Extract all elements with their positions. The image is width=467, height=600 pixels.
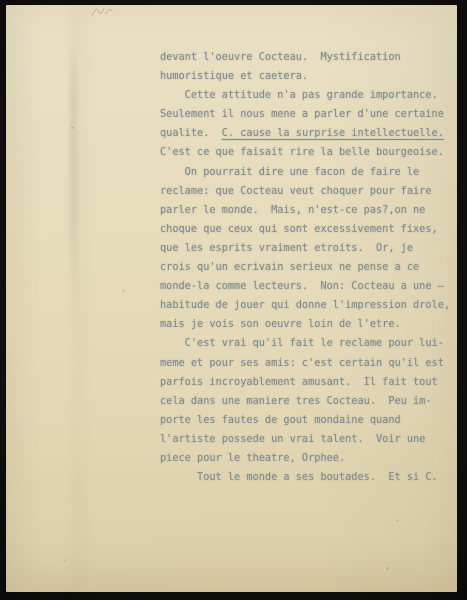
typed-line: l'artiste possede un vrai talent. Voir u…: [160, 430, 456, 449]
typed-line: piece pour le theatre, Orphee.: [160, 449, 456, 468]
typed-segment: meme et pour ses amis: c'est certain qu'…: [160, 357, 444, 369]
typed-segment: habitude de jouer qui donne l'impression…: [160, 299, 450, 311]
typed-segment: que les esprits vraiment etroits. Or, je: [160, 242, 413, 254]
typed-segment: Tout le monde a ses boutades. Et si C.: [160, 471, 438, 483]
typed-segment: Cette attitude n'a pas grande importance…: [160, 89, 438, 101]
typed-segment: piece pour le theatre, Orphee.: [160, 452, 345, 464]
typed-line: On pourrait dire une facon de faire le: [160, 163, 456, 182]
typed-segment: crois qu'un ecrivain serieux ne pense a …: [160, 261, 419, 273]
paper-crease: [70, 33, 77, 313]
typed-segment: devant l'oeuvre Cocteau. Mystification: [160, 51, 401, 63]
typed-segment: l'artiste possede un vrai talent. Voir u…: [160, 433, 425, 445]
typed-segment: monde-la comme lecteurs. Non: Cocteau a …: [160, 280, 444, 292]
typed-text: devant l'oeuvre Cocteau. Mystificationhu…: [160, 48, 456, 487]
typed-segment: C'est vrai qu'il fait le reclame pour lu…: [160, 337, 444, 349]
typed-line: habitude de jouer qui donne l'impression…: [160, 296, 456, 315]
typed-segment: choque que ceux qui sont excessivement f…: [160, 223, 438, 235]
typed-line: mais je vois son oeuvre loin de l'etre.: [160, 315, 456, 334]
typed-line: crois qu'un ecrivain serieux ne pense a …: [160, 258, 456, 277]
typed-line: choque que ceux qui sont excessivement f…: [160, 220, 456, 239]
typed-segment: cela dans une maniere tres Cocteau. Peu …: [160, 395, 432, 407]
typed-segment: reclame: que Cocteau veut choquer pour f…: [160, 185, 432, 197]
typed-line: Cette attitude n'a pas grande importance…: [160, 86, 456, 105]
typed-line: qualite. C. cause la surprise intellectu…: [160, 124, 456, 143]
typed-line: parler le monde. Mais, n'est-ce pas?,on …: [160, 201, 456, 220]
typed-line: porte les fautes de gout mondaine quand: [160, 411, 456, 430]
typed-segment: porte les fautes de gout mondaine quand: [160, 414, 401, 426]
typed-line: devant l'oeuvre Cocteau. Mystification: [160, 48, 456, 67]
typed-line: Tout le monde a ses boutades. Et si C.: [160, 468, 456, 487]
typed-line: humoristique et caetera.: [160, 67, 456, 86]
typed-line: parfois incroyablement amusant. Il fait …: [160, 373, 456, 392]
underlined-phrase: C. cause la surprise intellectuelle.: [222, 127, 444, 139]
typed-line: Seulement il nous mene a parler d'une ce…: [160, 105, 456, 124]
typed-line: que les esprits vraiment etroits. Or, je: [160, 239, 456, 258]
typed-segment: Seulement il nous mene a parler d'une ce…: [160, 108, 444, 120]
typed-line: C'est ce que faisait rire la belle bourg…: [160, 143, 456, 162]
paper-specks: [6, 5, 7, 6]
typed-segment: humoristique et caetera.: [160, 70, 308, 82]
typed-segment: On pourrait dire une facon de faire le: [160, 166, 419, 178]
typed-line: C'est vrai qu'il fait le reclame pour lu…: [160, 334, 456, 353]
typed-line: cela dans une maniere tres Cocteau. Peu …: [160, 392, 456, 411]
typed-segment: parfois incroyablement amusant. Il fait …: [160, 376, 438, 388]
typed-segment: parler le monde. Mais, n'est-ce pas?,on …: [160, 204, 425, 216]
typed-line: reclame: que Cocteau veut choquer pour f…: [160, 182, 456, 201]
pencil-mark: [89, 5, 123, 19]
typed-segment: C'est ce que faisait rire la belle bourg…: [160, 146, 444, 158]
typed-line: monde-la comme lecteurs. Non: Cocteau a …: [160, 277, 456, 296]
typewritten-page: devant l'oeuvre Cocteau. Mystificationhu…: [6, 5, 457, 592]
typed-segment: qualite.: [160, 127, 222, 139]
typed-segment: mais je vois son oeuvre loin de l'etre.: [160, 318, 401, 330]
typed-line: meme et pour ses amis: c'est certain qu'…: [160, 354, 456, 373]
